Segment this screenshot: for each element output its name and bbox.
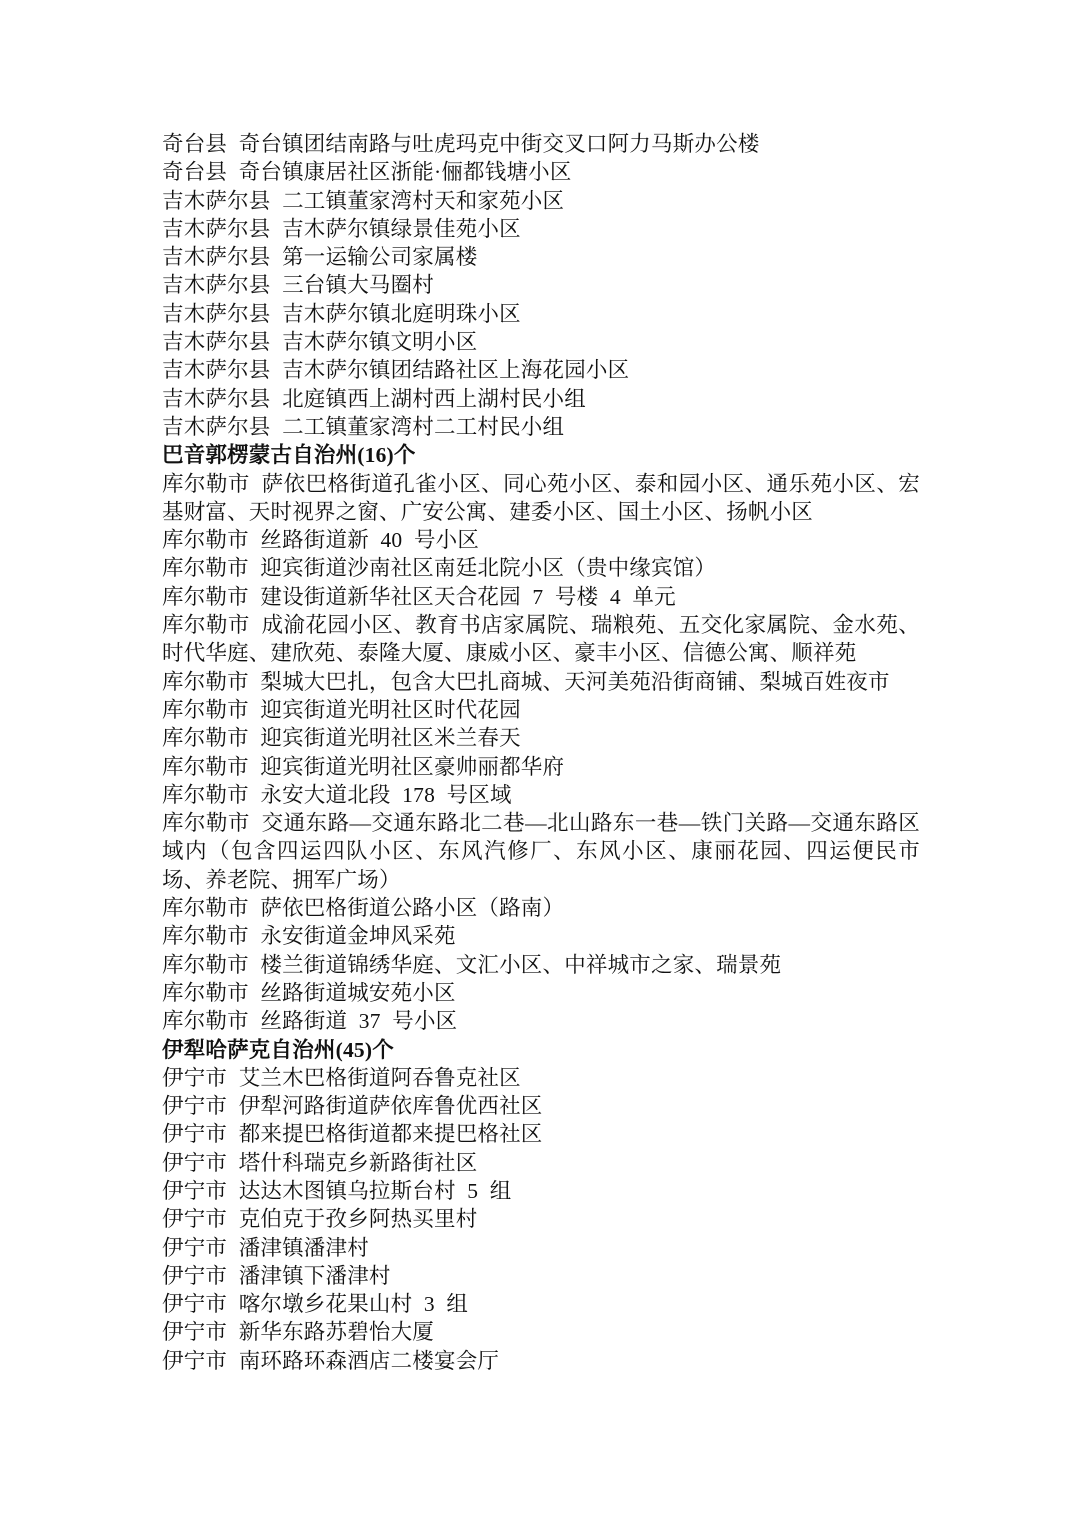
entry-line: 吉木萨尔县 二工镇董家湾村二工村民小组 bbox=[162, 413, 920, 441]
entry-region: 奇台县 bbox=[162, 160, 227, 184]
entry-region: 库尔勒市 bbox=[162, 613, 250, 637]
entry-location: 建设街道新华社区天合花园 7 号楼 4 单元 bbox=[260, 585, 675, 609]
section-heading: 巴音郭楞蒙古自治州(16)个 bbox=[162, 441, 920, 469]
entry-region: 库尔勒市 bbox=[162, 726, 249, 750]
entry-region: 伊宁市 bbox=[162, 1151, 227, 1175]
entry-line: 库尔勒市 永安街道金坤风采苑 bbox=[162, 922, 920, 950]
entry-location: 三台镇大马圈村 bbox=[282, 273, 434, 297]
entry-location: 丝路街道城安苑小区 bbox=[260, 981, 455, 1005]
entry-location: 吉木萨尔镇绿景佳苑小区 bbox=[282, 217, 521, 241]
entry-line: 库尔勒市 迎宾街道光明社区米兰春天 bbox=[162, 724, 920, 752]
entry-line: 吉木萨尔县 二工镇董家湾村天和家苑小区 bbox=[162, 187, 920, 215]
entry-line: 吉木萨尔县 吉木萨尔镇文明小区 bbox=[162, 328, 920, 356]
entry-line: 伊宁市 南环路环森酒店二楼宴会厅 bbox=[162, 1347, 920, 1375]
entry-region: 库尔勒市 bbox=[162, 472, 250, 496]
entry-region: 库尔勒市 bbox=[162, 556, 249, 580]
entry-line: 库尔勒市 丝路街道 37 号小区 bbox=[162, 1007, 920, 1035]
entry-line: 库尔勒市 丝路街道城安苑小区 bbox=[162, 979, 920, 1007]
entry-location: 永安大道北段 178 号区域 bbox=[260, 783, 511, 807]
entry-line: 库尔勒市 迎宾街道光明社区时代花园 bbox=[162, 696, 920, 724]
entry-line: 伊宁市 克伯克于孜乡阿热买里村 bbox=[162, 1205, 920, 1233]
entry-line: 奇台县 奇台镇团结南路与吐虎玛克中街交叉口阿力马斯办公楼 bbox=[162, 130, 920, 158]
entry-region: 伊宁市 bbox=[162, 1292, 227, 1316]
entry-location: 喀尔墩乡花果山村 3 组 bbox=[239, 1292, 468, 1316]
entry-region: 库尔勒市 bbox=[162, 981, 249, 1005]
entry-region: 库尔勒市 bbox=[162, 896, 249, 920]
entry-region: 吉木萨尔县 bbox=[162, 302, 271, 326]
entry-location: 吉木萨尔镇北庭明珠小区 bbox=[282, 302, 521, 326]
entry-location: 吉木萨尔镇文明小区 bbox=[282, 330, 477, 354]
entry-region: 吉木萨尔县 bbox=[162, 189, 271, 213]
entry-line: 伊宁市 达达木图镇乌拉斯台村 5 组 bbox=[162, 1177, 920, 1205]
entry-region: 库尔勒市 bbox=[162, 924, 249, 948]
entry-line: 吉木萨尔县 吉木萨尔镇北庭明珠小区 bbox=[162, 300, 920, 328]
entry-line: 伊宁市 新华东路苏碧怡大厦 bbox=[162, 1318, 920, 1346]
entry-line: 奇台县 奇台镇康居社区浙能·俪都钱塘小区 bbox=[162, 158, 920, 186]
entry-line: 伊宁市 喀尔墩乡花果山村 3 组 bbox=[162, 1290, 920, 1318]
entry-region: 吉木萨尔县 bbox=[162, 217, 271, 241]
entry-region: 库尔勒市 bbox=[162, 585, 249, 609]
entry-location: 成渝花园小区、教育书店家属院、瑞粮苑、五交化家属院、金水苑、时代华庭、建欣苑、泰… bbox=[162, 613, 920, 665]
entry-location: 奇台镇团结南路与吐虎玛克中街交叉口阿力马斯办公楼 bbox=[239, 132, 760, 156]
entry-location: 第一运输公司家属楼 bbox=[282, 245, 477, 269]
entry-location: 丝路街道 37 号小区 bbox=[260, 1009, 457, 1033]
entry-location: 克伯克于孜乡阿热买里村 bbox=[239, 1207, 478, 1231]
entry-region: 伊宁市 bbox=[162, 1236, 227, 1260]
entry-line: 伊宁市 潘津镇潘津村 bbox=[162, 1234, 920, 1262]
entry-location: 北庭镇西上湖村西上湖村民小组 bbox=[282, 387, 586, 411]
entry-region: 吉木萨尔县 bbox=[162, 387, 271, 411]
entry-location: 迎宾街道光明社区米兰春天 bbox=[260, 726, 520, 750]
entry-location: 塔什科瑞克乡新路街社区 bbox=[239, 1151, 478, 1175]
entry-region: 吉木萨尔县 bbox=[162, 273, 271, 297]
entry-line: 伊宁市 艾兰木巴格街道阿吞鲁克社区 bbox=[162, 1064, 920, 1092]
entry-line: 库尔勒市 萨依巴格街道公路小区（路南） bbox=[162, 894, 920, 922]
entry-location: 都来提巴格街道都来提巴格社区 bbox=[239, 1122, 543, 1146]
entry-line: 库尔勒市 丝路街道新 40 号小区 bbox=[162, 526, 920, 554]
entry-location: 交通东路—交通东路北二巷—北山路东一巷—铁门关路—交通东路区域内（包含四运四队小… bbox=[162, 811, 920, 892]
entry-line: 库尔勒市 梨城大巴扎，包含大巴扎商城、天河美苑沿街商铺、梨城百姓夜市 bbox=[162, 668, 920, 696]
entry-region: 库尔勒市 bbox=[162, 528, 249, 552]
entry-location: 迎宾街道光明社区豪帅丽都华府 bbox=[260, 755, 564, 779]
entry-line: 伊宁市 塔什科瑞克乡新路街社区 bbox=[162, 1149, 920, 1177]
entry-line: 吉木萨尔县 北庭镇西上湖村西上湖村民小组 bbox=[162, 385, 920, 413]
entry-region: 伊宁市 bbox=[162, 1094, 227, 1118]
document-page: 奇台县 奇台镇团结南路与吐虎玛克中街交叉口阿力马斯办公楼奇台县 奇台镇康居社区浙… bbox=[0, 0, 1080, 1526]
entry-region: 库尔勒市 bbox=[162, 1009, 249, 1033]
entry-region: 伊宁市 bbox=[162, 1066, 227, 1090]
entry-region: 伊宁市 bbox=[162, 1122, 227, 1146]
section-heading: 伊犁哈萨克自治州(45)个 bbox=[162, 1036, 920, 1064]
entry-location: 萨依巴格街道孔雀小区、同心苑小区、泰和园小区、通乐苑小区、宏基财富、天时视界之窗… bbox=[162, 472, 920, 524]
entry-location: 萨依巴格街道公路小区（路南） bbox=[260, 896, 564, 920]
entry-location: 达达木图镇乌拉斯台村 5 组 bbox=[239, 1179, 512, 1203]
entry-location: 二工镇董家湾村天和家苑小区 bbox=[282, 189, 564, 213]
entry-region: 奇台县 bbox=[162, 132, 227, 156]
entry-line: 库尔勒市 迎宾街道光明社区豪帅丽都华府 bbox=[162, 753, 920, 781]
entry-location: 楼兰街道锦绣华庭、文汇小区、中祥城市之家、瑞景苑 bbox=[260, 953, 781, 977]
document-content: 奇台县 奇台镇团结南路与吐虎玛克中街交叉口阿力马斯办公楼奇台县 奇台镇康居社区浙… bbox=[162, 130, 920, 1375]
entry-location: 奇台镇康居社区浙能·俪都钱塘小区 bbox=[239, 160, 572, 184]
entry-region: 伊宁市 bbox=[162, 1264, 227, 1288]
entry-region: 库尔勒市 bbox=[162, 698, 249, 722]
entry-line: 库尔勒市 永安大道北段 178 号区域 bbox=[162, 781, 920, 809]
entry-line: 库尔勒市 建设街道新华社区天合花园 7 号楼 4 单元 bbox=[162, 583, 920, 611]
entry-line: 库尔勒市 成渝花园小区、教育书店家属院、瑞粮苑、五交化家属院、金水苑、时代华庭、… bbox=[162, 611, 920, 668]
entry-region: 库尔勒市 bbox=[162, 953, 249, 977]
entry-line: 吉木萨尔县 吉木萨尔镇绿景佳苑小区 bbox=[162, 215, 920, 243]
entry-line: 库尔勒市 楼兰街道锦绣华庭、文汇小区、中祥城市之家、瑞景苑 bbox=[162, 951, 920, 979]
entry-region: 吉木萨尔县 bbox=[162, 415, 271, 439]
entry-line: 库尔勒市 萨依巴格街道孔雀小区、同心苑小区、泰和园小区、通乐苑小区、宏基财富、天… bbox=[162, 470, 920, 527]
entry-location: 南环路环森酒店二楼宴会厅 bbox=[239, 1349, 499, 1373]
entry-line: 伊宁市 伊犁河路街道萨依库鲁优西社区 bbox=[162, 1092, 920, 1120]
entry-location: 吉木萨尔镇团结路社区上海花园小区 bbox=[282, 358, 629, 382]
entry-line: 伊宁市 潘津镇下潘津村 bbox=[162, 1262, 920, 1290]
entry-location: 二工镇董家湾村二工村民小组 bbox=[282, 415, 564, 439]
entry-line: 库尔勒市 交通东路—交通东路北二巷—北山路东一巷—铁门关路—交通东路区域内（包含… bbox=[162, 809, 920, 894]
entry-region: 库尔勒市 bbox=[162, 755, 249, 779]
entry-region: 伊宁市 bbox=[162, 1320, 227, 1344]
entry-line: 吉木萨尔县 三台镇大马圈村 bbox=[162, 271, 920, 299]
entry-line: 吉木萨尔县 吉木萨尔镇团结路社区上海花园小区 bbox=[162, 356, 920, 384]
entry-location: 潘津镇下潘津村 bbox=[239, 1264, 391, 1288]
entry-region: 库尔勒市 bbox=[162, 670, 249, 694]
entry-region: 吉木萨尔县 bbox=[162, 245, 271, 269]
entry-line: 库尔勒市 迎宾街道沙南社区南廷北院小区（贵中缘宾馆） bbox=[162, 554, 920, 582]
entry-location: 伊犁河路街道萨依库鲁优西社区 bbox=[239, 1094, 543, 1118]
entry-location: 潘津镇潘津村 bbox=[239, 1236, 369, 1260]
entry-region: 库尔勒市 bbox=[162, 783, 249, 807]
entry-line: 伊宁市 都来提巴格街道都来提巴格社区 bbox=[162, 1120, 920, 1148]
entry-location: 丝路街道新 40 号小区 bbox=[260, 528, 479, 552]
entry-region: 伊宁市 bbox=[162, 1179, 227, 1203]
entry-location: 迎宾街道光明社区时代花园 bbox=[260, 698, 520, 722]
entry-line: 吉木萨尔县 第一运输公司家属楼 bbox=[162, 243, 920, 271]
entry-location: 永安街道金坤风采苑 bbox=[260, 924, 455, 948]
entry-region: 吉木萨尔县 bbox=[162, 358, 271, 382]
entry-region: 库尔勒市 bbox=[162, 811, 250, 835]
entry-location: 迎宾街道沙南社区南廷北院小区（贵中缘宾馆） bbox=[260, 556, 716, 580]
entry-location: 艾兰木巴格街道阿吞鲁克社区 bbox=[239, 1066, 521, 1090]
entry-location: 梨城大巴扎，包含大巴扎商城、天河美苑沿街商铺、梨城百姓夜市 bbox=[260, 670, 889, 694]
entry-region: 伊宁市 bbox=[162, 1207, 227, 1231]
entry-region: 伊宁市 bbox=[162, 1349, 227, 1373]
entry-region: 吉木萨尔县 bbox=[162, 330, 271, 354]
entry-location: 新华东路苏碧怡大厦 bbox=[239, 1320, 434, 1344]
